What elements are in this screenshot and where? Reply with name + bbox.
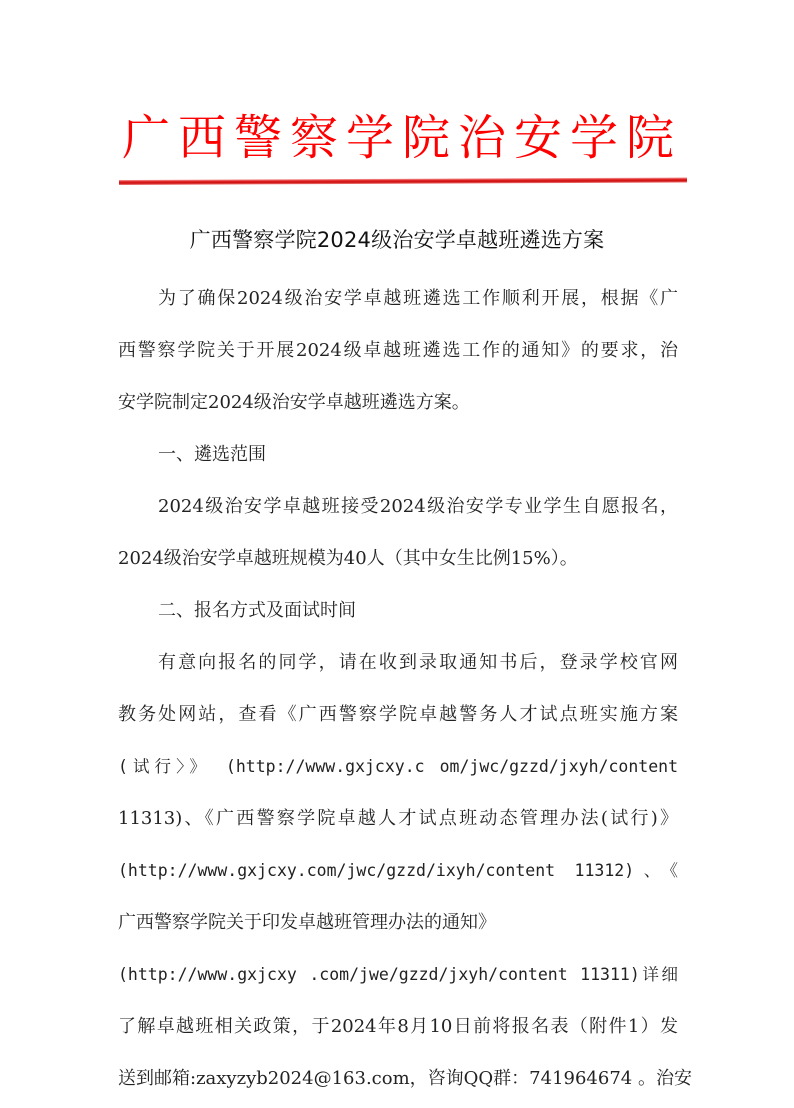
letterhead-char: 学: [342, 108, 398, 168]
letterhead-char: 警: [230, 108, 286, 168]
paragraph-line-link: (http://www.gxjcxy .com/jwe/gzzd/jxyh/co…: [118, 959, 678, 991]
paragraph-line: 11313)、《广西警察学院卓越人才试点班动态管理办法(试行)》: [118, 803, 678, 835]
paragraph-line-link: (试行〉》 (http://www.gxjcxy.c om/jwc/gzzd/j…: [118, 751, 678, 783]
letterhead-char: 院: [398, 108, 454, 168]
paragraph-line: 广西警察学院关于印发卓越班管理办法的通知》: [118, 907, 678, 939]
document-title: 广西警察学院2024级治安学卓越班遴选方案: [0, 222, 794, 258]
letterhead-divider: [119, 178, 687, 185]
letterhead-char: 广: [118, 108, 174, 168]
paragraph-line: 安学院制定2024级治安学卓越班遴选方案。: [118, 387, 678, 419]
organization-letterhead: 广 西 警 察 学 院 治 安 学 院: [118, 108, 678, 168]
paragraph-line: 为了确保2024级治安学卓越班遴选工作顺利开展，根据《广: [158, 283, 678, 315]
paragraph-line: 有意向报名的同学，请在收到录取通知书后，登录学校官网: [158, 647, 678, 679]
paragraph-line-link: (http://www.gxjcxy.com/jwc/gzzd/ixyh/con…: [118, 855, 678, 887]
paragraph-line: 教务处网站，查看《广西警察学院卓越警务人才试点班实施方案: [118, 699, 678, 731]
section-heading: 二、报名方式及面试时间: [158, 595, 678, 627]
letterhead-char: 治: [454, 108, 510, 168]
letterhead-char: 西: [174, 108, 230, 168]
paragraph-line: 西警察学院关于开展2024级卓越班遴选工作的通知》的要求，治: [118, 335, 678, 367]
paragraph-line: 2024级治安学卓越班接受2024级治安学专业学生自愿报名，: [158, 491, 678, 523]
paragraph-line: 了解卓越班相关政策，于2024年8月10日前将报名表（附件1）发: [118, 1011, 678, 1043]
letterhead-char: 院: [622, 108, 678, 168]
paragraph-line: 送到邮箱:zaxyzyb2024@163.com，咨询QQ群：741964674…: [118, 1063, 678, 1095]
document-page: 广 西 警 察 学 院 治 安 学 院 广西警察学院2024级治安学卓越班遴选方…: [0, 0, 794, 1108]
letterhead-char: 察: [286, 108, 342, 168]
paragraph-line: 2024级治安学卓越班规模为40人（其中女生比例15%）。: [118, 543, 678, 575]
letterhead-char: 安: [510, 108, 566, 168]
section-heading: 一、遴选范围: [158, 439, 678, 471]
letterhead-char: 学: [566, 108, 622, 168]
